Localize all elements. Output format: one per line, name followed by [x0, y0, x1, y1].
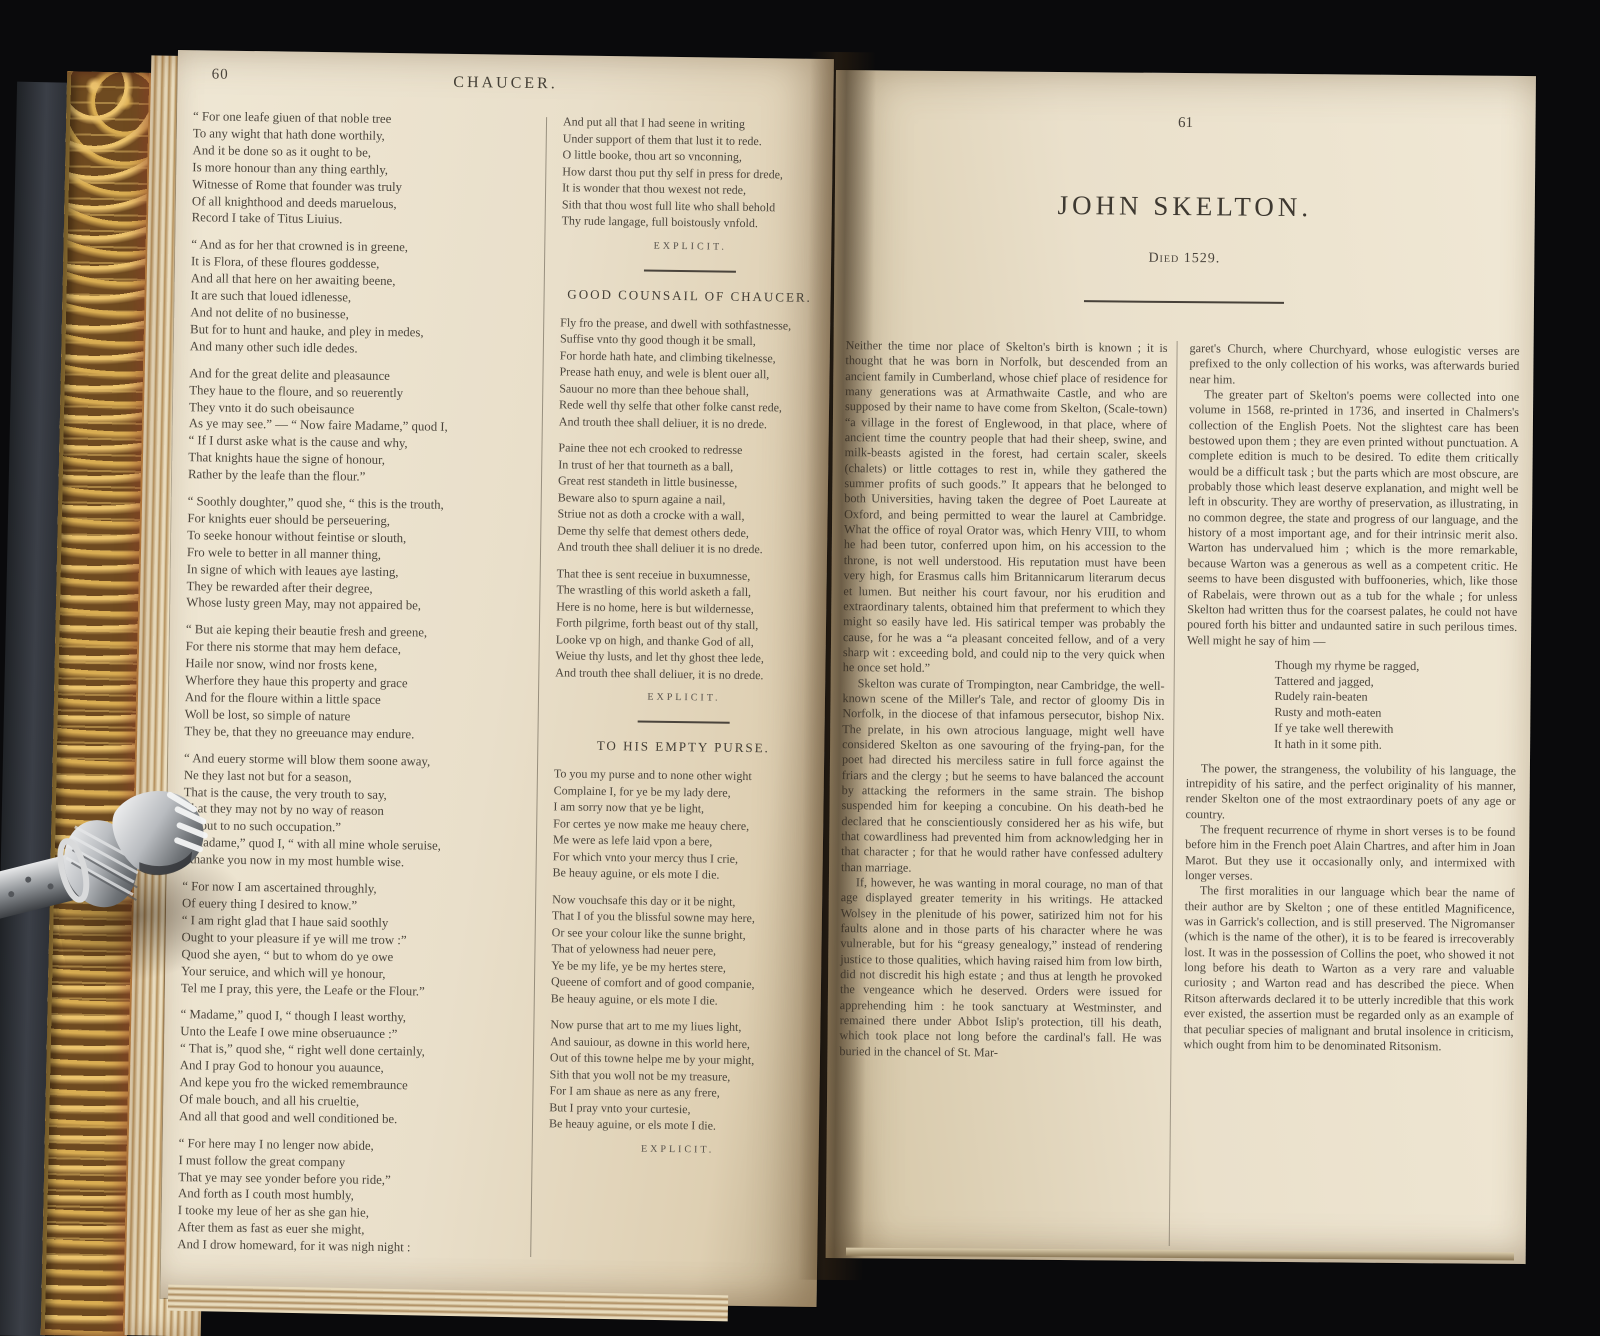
explicit-label: EXPLICIT. [549, 1142, 807, 1157]
paragraph: Skelton was curate of Trompington, near … [841, 676, 1165, 878]
poem-line: Whose lusty green May, may not appaired … [186, 595, 520, 617]
poem-line: Be heauy aguine, or els mote I die. [551, 990, 809, 1010]
poem-stanza: “ Madame,” quod I, “ though I least wort… [179, 1007, 515, 1130]
right-page: 61 JOHN SKELTON. Died 1529. Neither the … [826, 70, 1536, 1264]
paragraph: If, however, he was wanting in moral cou… [839, 875, 1163, 1062]
poem-line: And many other such idle dedes. [190, 338, 524, 360]
paragraph: The power, the strangeness, the volubili… [1185, 761, 1516, 825]
left-page-column-1: “ For one leafe giuen of that noble tree… [177, 108, 527, 1268]
paragraph: Neither the time nor place of Skelton's … [843, 338, 1168, 678]
silver-hand-clasp-icon [0, 764, 218, 978]
right-page-column-1: Neither the time nor place of Skelton's … [839, 338, 1167, 1062]
verse-line: It hath in it some pith. [1274, 737, 1516, 755]
poem-stanza: Fly fro the prease, and dwell with sothf… [559, 314, 819, 433]
verse-line: Though my rhyme be ragged, [1275, 658, 1517, 676]
title-rule [1084, 300, 1284, 304]
paragraph: garet's Church, where Churchyard, whose … [1189, 341, 1519, 390]
poem-stanza: That thee is sent receiue in buxumnesse,… [555, 565, 815, 684]
paragraph: The first moralities in our language whi… [1183, 883, 1514, 1055]
chapter-title-john-skelton: JOHN SKELTON. [835, 188, 1535, 225]
poem-line: And trouth thee shall deliuer, it is no … [555, 664, 813, 684]
poem-title-empty-purse: TO HIS EMPTY PURSE. [554, 737, 812, 757]
section-separator-rule [638, 720, 730, 723]
poem-stanza: Now vouchsafe this day or it be night,Th… [551, 891, 811, 1010]
poem-line: Record I take of Titus Liuius. [192, 210, 526, 232]
chapter-subtitle-died: Died 1529. [834, 248, 1534, 270]
poem-line: And trouth thee shall deliuer it is no d… [557, 538, 815, 558]
poem-line: Rather by the leafe than the flour.” [188, 466, 522, 488]
poem-stanza: “ And as for her that crowned is in gree… [190, 237, 526, 360]
poem-line: And all that good and well conditioned b… [179, 1108, 513, 1130]
poem-line: Be heauy aguine, or els mote I die. [549, 1115, 807, 1135]
envoy-stanza-block: And put all that I had seene in writingU… [562, 113, 822, 232]
poem-stanza: And put all that I had seene in writingU… [562, 113, 822, 232]
poem-line: And I drow homeward, for it was nigh nig… [177, 1236, 511, 1258]
poem-stanza: “ Soothly doughter,” quod she, “ this is… [186, 493, 522, 616]
poem-title-good-counsail: GOOD COUNSAIL OF CHAUCER. [561, 286, 819, 306]
column-divider-rule [1169, 341, 1178, 1246]
poem-stanza: “ For here may I no lenger now abide,I m… [177, 1135, 513, 1258]
running-header-chaucer: CHAUCER. [177, 70, 833, 97]
empty-purse-stanzas: To you my purse and to none other wightC… [549, 765, 812, 1135]
section-separator-rule [644, 269, 736, 272]
poem-stanza: “ But aie keping their beautie fresh and… [184, 622, 520, 745]
poem-line: Be heauy aguine, or els mote I die. [552, 864, 810, 884]
poem-stanza: “ For one leafe giuen of that noble tree… [192, 108, 528, 231]
left-page-column-2: And put all that I had seene in writingU… [549, 113, 822, 1160]
poem-line: Thy rude langage, full boistously vnfold… [562, 212, 820, 232]
explicit-label: EXPLICIT. [561, 239, 819, 254]
right-page-number: 61 [835, 112, 1535, 135]
paragraph: The frequent recurrence of rhyme in shor… [1185, 822, 1516, 886]
paragraph: The greater part of Skelton's poems were… [1187, 387, 1519, 651]
poem-stanza: Paine thee not ech crooked to redresseIn… [557, 439, 817, 558]
poem-line: Tel me I pray, this yere, the Leafe or t… [181, 980, 515, 1002]
skelton-verse-quote: Though my rhyme be ragged,Tattered and j… [1274, 658, 1517, 755]
good-counsail-stanzas: Fly fro the prease, and dwell with sothf… [555, 314, 818, 684]
book-photo-scene: 60 CHAUCER. “ For one leafe giuen of tha… [0, 0, 1600, 1336]
poem-stanza: To you my purse and to none other wightC… [552, 765, 812, 884]
poem-stanza: Now purse that art to me my liues light,… [549, 1016, 809, 1135]
column-2-paragraphs-bottom: The power, the strangeness, the volubili… [1183, 761, 1516, 1055]
poem-line: They be, that they no greeuance may endu… [184, 723, 518, 745]
right-page-column-2: garet's Church, where Churchyard, whose … [1183, 341, 1519, 1055]
column-divider-rule [530, 117, 547, 1257]
left-page: 60 CHAUCER. “ For one leafe giuen of tha… [161, 50, 834, 1307]
column-2-paragraphs-top: garet's Church, where Churchyard, whose … [1187, 341, 1520, 651]
poem-stanza: And for the great delite and pleasaunceT… [188, 365, 524, 488]
verse-line: If ye take well therewith [1274, 721, 1516, 739]
explicit-label: EXPLICIT. [555, 690, 813, 705]
